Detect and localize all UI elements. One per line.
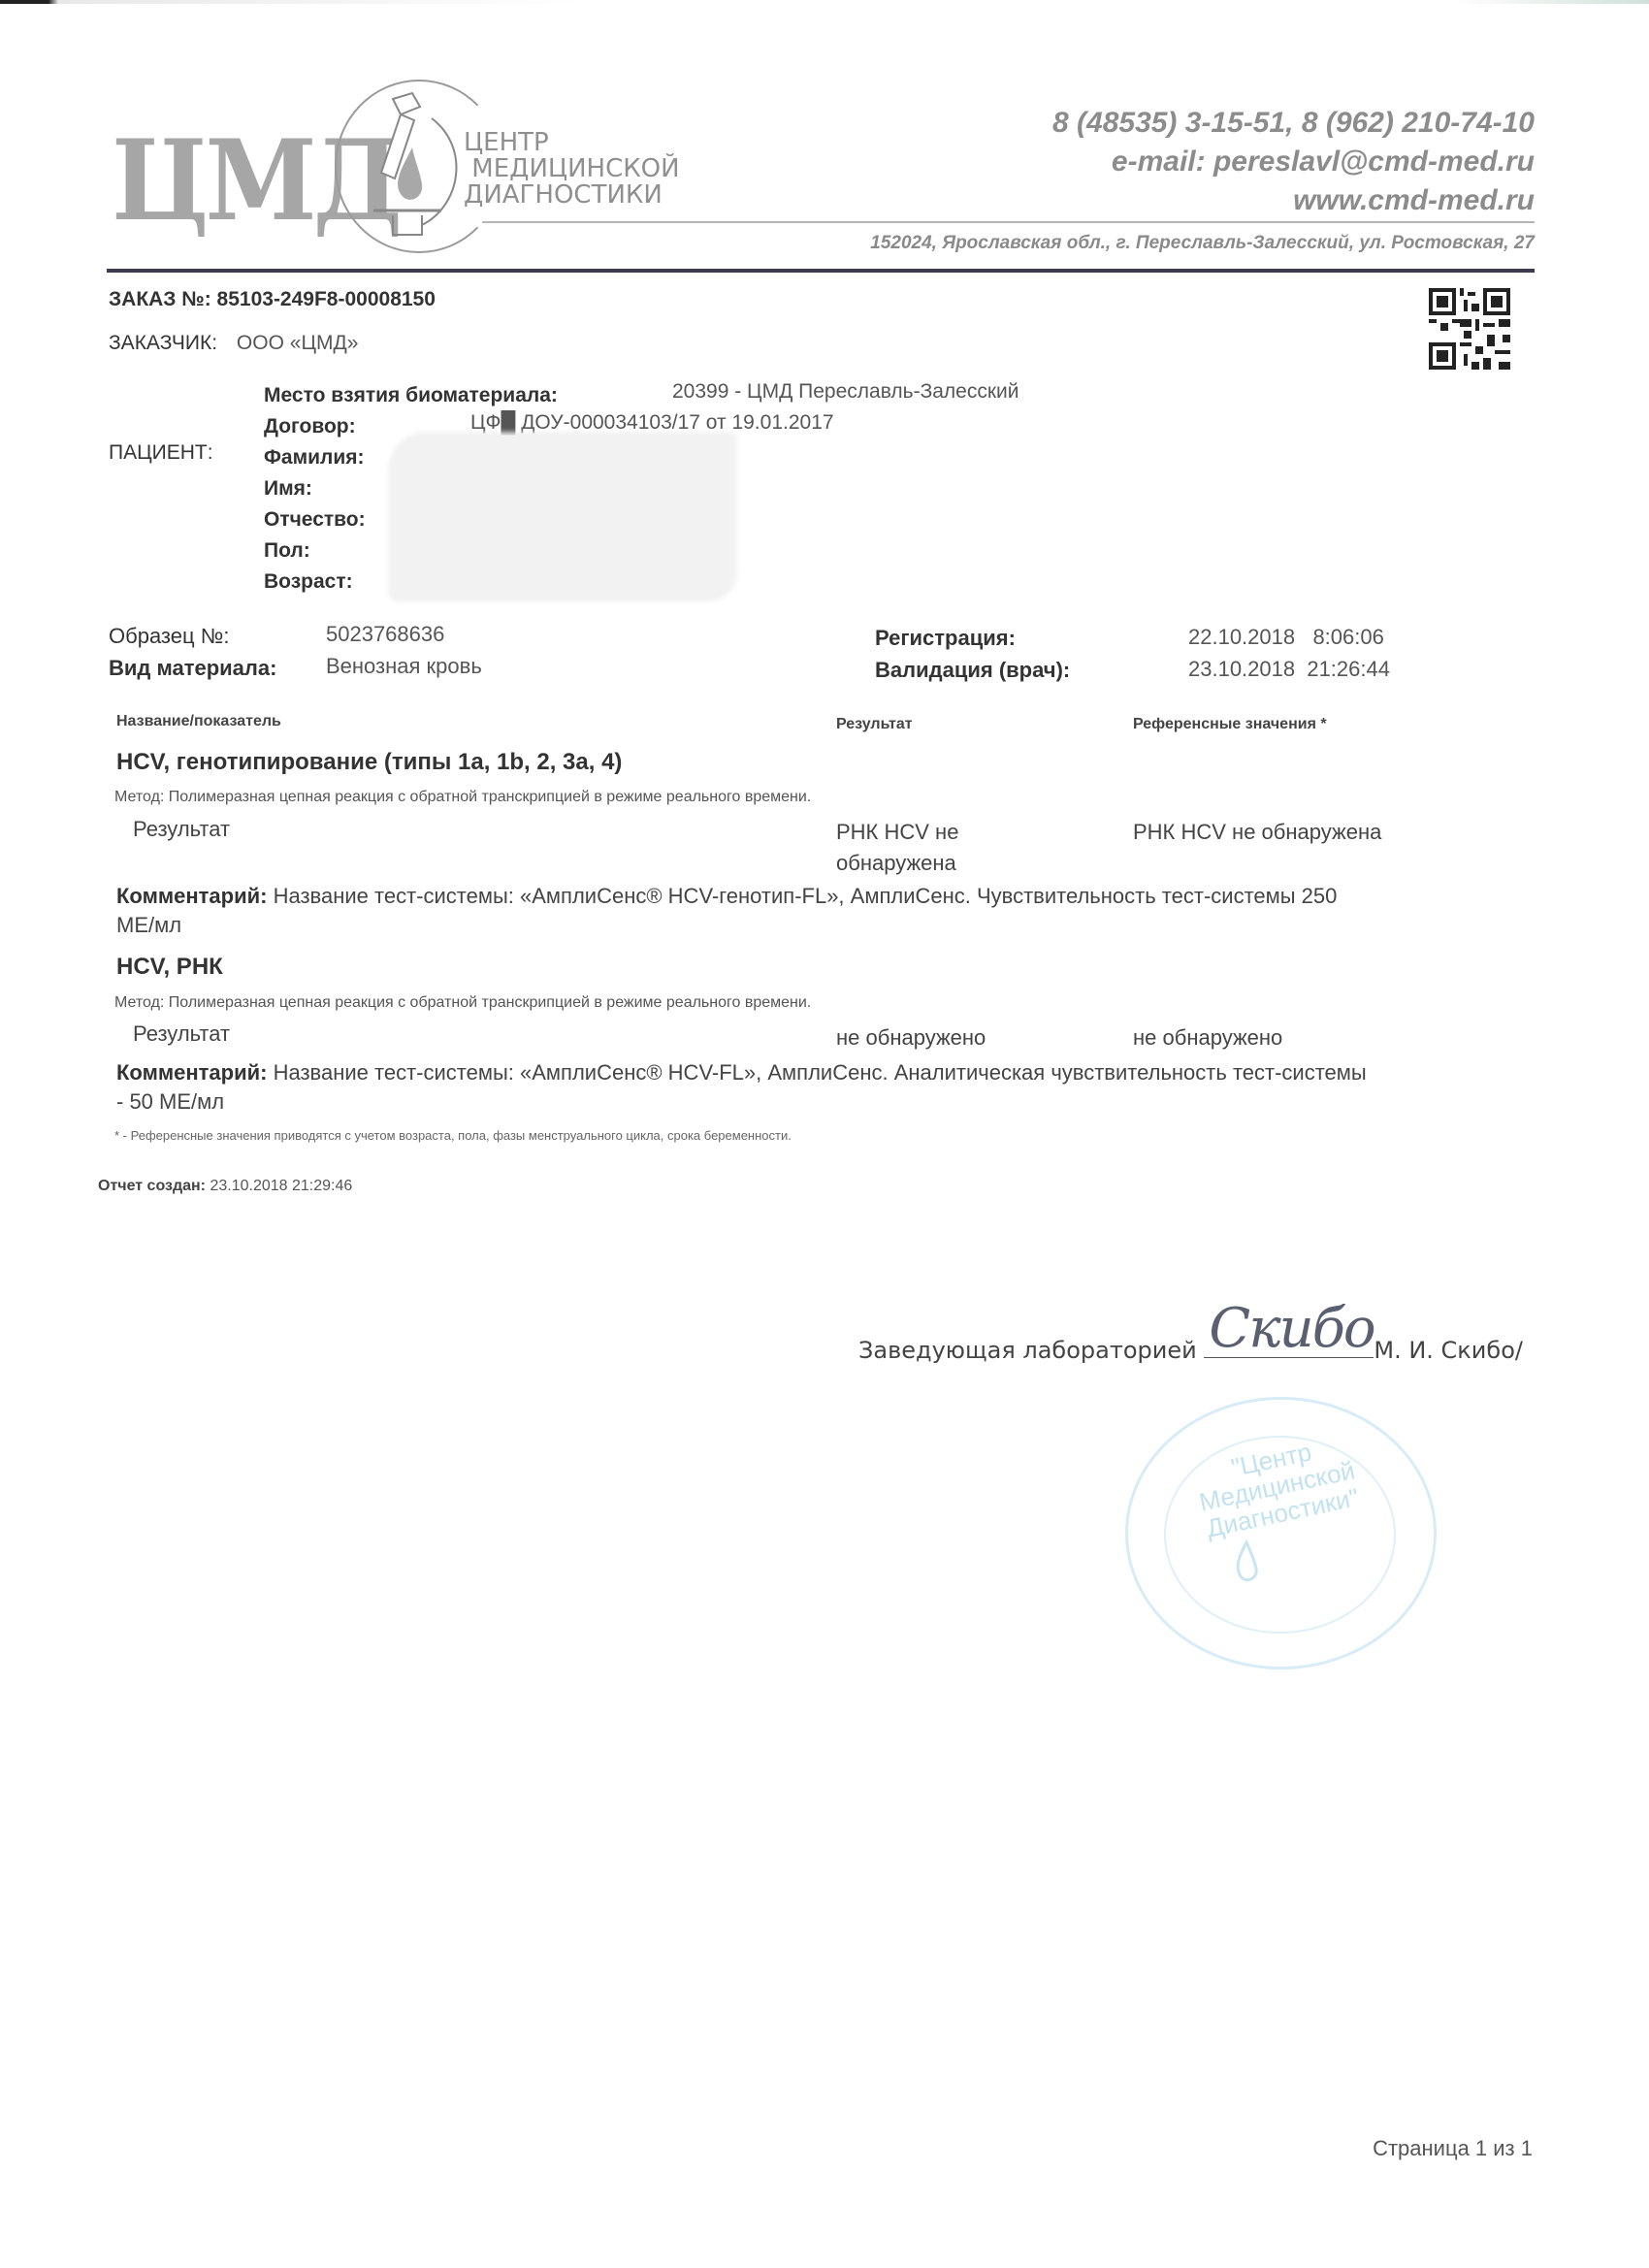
material-label: Вид материала: [109, 656, 276, 681]
result-value-line1: не обнаружено [836, 1025, 986, 1051]
material-value: Венозная кровь [326, 654, 482, 679]
sample-label: Образец №: [109, 624, 229, 649]
patient-section-label: ПАЦИЕНТ: [109, 441, 213, 465]
contact-email[interactable]: e-mail: pereslavl@cmd-med.ru [1112, 146, 1535, 178]
test-method: Метод: Полимеразная цепная реакция с обр… [114, 994, 811, 1012]
contact-website[interactable]: www.cmd-med.ru [1293, 184, 1535, 217]
customer-value: ООО «ЦМД» [237, 332, 358, 354]
contact-phones: 8 (48535) 3-15-51, 8 (962) 210-74-10 [1052, 107, 1535, 140]
signature-position: Заведующая лабораторией [858, 1337, 1197, 1364]
column-header-name: Название/показатель [116, 713, 281, 730]
contact-address: 152024, Ярославская обл., г. Переславль-… [870, 233, 1535, 254]
registration-value: 22.10.2018 8:06:06 [1188, 625, 1384, 650]
sample-value: 5023768636 [326, 622, 444, 647]
header-divider-thin [482, 221, 1535, 223]
validation-value: 23.10.2018 21:26:44 [1188, 657, 1390, 682]
handwritten-signature: Скибо [1209, 1297, 1374, 1360]
scan-edge [0, 0, 1649, 4]
test-title: HCV, РНК [116, 954, 223, 981]
order-customer: ЗАКАЗЧИК: ООО «ЦМД» [109, 332, 358, 355]
report-created: Отчет создан: 23.10.2018 21:29:46 [98, 1178, 352, 1195]
page-number: Страница 1 из 1 [1373, 2136, 1533, 2161]
order-number: ЗАКАЗ №: 85103-249F8-00008150 [109, 288, 436, 311]
header-divider-thick [107, 269, 1535, 273]
report-created-value: 23.10.2018 21:29:46 [210, 1178, 352, 1194]
comment-label: Комментарий: [116, 1060, 267, 1085]
patient-label-biomaterial-place: Место взятия биоматериала: [264, 380, 558, 411]
order-number-label: ЗАКАЗ №: [109, 288, 211, 310]
reference-value: РНК HCV не обнаружена [1133, 820, 1381, 845]
signature-name: М. И. Скибо/ [1374, 1337, 1523, 1364]
test-comment: Комментарий: Название тест-системы: «Амп… [116, 882, 1377, 940]
column-header-result: Результат [836, 716, 913, 733]
reference-value: не обнаружено [1133, 1025, 1282, 1051]
signature-block: Заведующая лабораторией СкибоМ. И. Скибо… [858, 1337, 1523, 1364]
patient-value-biomaterial-place: 20399 - ЦМД Переславль-Залесский [672, 380, 1019, 404]
result-row-label: Результат [133, 817, 230, 842]
comment-text: Название тест-системы: «АмплиСенс® HCV-г… [116, 884, 1337, 937]
report-created-label: Отчет создан: [98, 1178, 206, 1194]
validation-label: Валидация (врач): [875, 658, 1070, 683]
signature-line: Скибо [1204, 1338, 1374, 1358]
comment-text: Название тест-системы: «АмплиСенс® HCV-F… [116, 1060, 1367, 1114]
order-number-value: 85103-249F8-00008150 [217, 288, 436, 310]
test-method: Метод: Полимеразная цепная реакция с обр… [114, 789, 811, 806]
result-value-line2: обнаружена [836, 851, 956, 876]
logo-subtitle: ЦЕНТР МЕДИЦИНСКОЙ ДИАГНОСТИКИ [464, 130, 680, 209]
comment-label: Комментарий: [116, 884, 267, 908]
result-row-label: Результат [133, 1021, 230, 1047]
customer-label: ЗАКАЗЧИК: [109, 332, 217, 354]
stamp-microscope-icon [1227, 1538, 1266, 1586]
reference-footnote: * - Референсные значения приводятся с уч… [114, 1128, 792, 1143]
registration-label: Регистрация: [875, 626, 1016, 651]
result-value-line1: РНК HCV не [836, 820, 958, 845]
microscope-drop-icon [354, 89, 470, 244]
qr-code-icon [1429, 288, 1510, 370]
test-comment: Комментарий: Название тест-системы: «Амп… [116, 1058, 1377, 1117]
redacted-patient-data [388, 432, 737, 601]
column-header-reference: Референсные значения * [1133, 716, 1327, 733]
test-title: HCV, генотипирование (типы 1a, 1b, 2, 3a… [116, 749, 622, 776]
